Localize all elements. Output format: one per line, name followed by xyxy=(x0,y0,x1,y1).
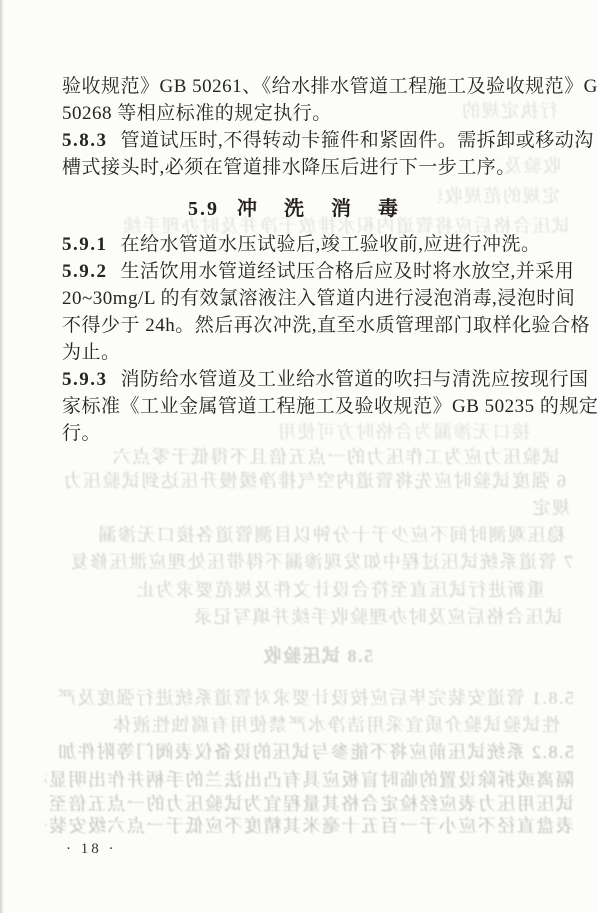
ghost-text-line: 试验压力应为工作压力的一点五倍且不得低于零点六 xyxy=(112,446,560,468)
body-text-line: 家标准《工业金属管道工程施工及验收规范》GB 50235 的规定执 xyxy=(62,395,576,419)
clause-591-line: 5.9.1在给水管道水压试验后,竣工验收前,应进行冲洗。 xyxy=(62,233,576,257)
body-text-line: 行。 xyxy=(62,422,576,446)
clause-number: 5.9.1 xyxy=(62,234,108,255)
clause-text: 消防给水管道及工业给水管道的吹扫与清洗应按现行国 xyxy=(121,369,589,390)
scan-edge-artifact xyxy=(0,0,4,913)
scanned-document-page: 行执定规的 收验及工施 定规的范规收验 试压合格后应将管道内积水排放干净并及时办… xyxy=(0,0,597,913)
ghost-text-line: 规定 xyxy=(524,497,570,519)
clause-number: 5.8.3 xyxy=(62,130,108,151)
clause-text: 管道试压时,不得转动卡箍件和紧固件。需拆卸或移动沟 xyxy=(121,130,594,151)
body-text-line: 为止。 xyxy=(62,341,576,365)
body-text-line: 槽式接头时,必须在管道排水降压后进行下一步工序。 xyxy=(62,156,576,180)
ghost-text-line: 性试验试验介质宜采用洁净水严禁使用有腐蚀性液体 xyxy=(93,714,560,736)
clause-number: 5.9.2 xyxy=(62,261,108,282)
section-title: 冲 洗 消 毒 xyxy=(237,198,409,220)
clause-592-line: 5.9.2生活饮用水管道经试压合格后应及时将水放空,并采用 xyxy=(62,260,576,284)
clause-text: 生活饮用水管道经试压合格后应及时将水放空,并采用 xyxy=(121,261,575,282)
ghost-text-line: 重新进行试压直至符合设计文件及规范要求为止 xyxy=(58,579,545,601)
body-text-line: 不得少于 24h。然后再次冲洗,直至水质管理部门取样化验合格 xyxy=(62,314,576,338)
ghost-text-line: 6 强度试验时应先将管道内空气排净缓慢升压达到试验压力 xyxy=(58,470,566,492)
page-number: · 18 · xyxy=(66,841,117,858)
ghost-section-heading: 5.8 试压验收 xyxy=(238,645,373,667)
clause-593-line: 5.9.3消防给水管道及工业给水管道的吹扫与清洗应按现行国 xyxy=(62,368,576,392)
clause-text: 在给水管道水压试验后,竣工验收前,应进行冲洗。 xyxy=(121,234,541,255)
ghost-text-line: 稳压观测时间不应少于十分钟以目测管道各接口无渗漏 xyxy=(95,524,565,546)
body-text-line: 50268 等相应标准的规定执行。 xyxy=(62,102,576,126)
ghost-text-line: 5.8.1 管道安装完毕后应按设计要求对管道系统进行强度及严 xyxy=(58,687,574,709)
ghost-text-line: 7 管道系统试压过程中如发现渗漏不得带压处理应泄压修复 xyxy=(58,551,573,573)
section-number: 5.9 xyxy=(188,198,219,220)
ghost-text-line: 试压用压力表应经检定合格其量程宜为试验压力的一点五倍至二 xyxy=(48,793,574,815)
section-heading-5-9: 5.9冲 洗 消 毒 xyxy=(0,192,597,221)
ghost-text-line: 隔离或拆除设置的临时盲板应具有凸出法兰的手柄并作出明显标 xyxy=(45,769,574,791)
body-text-line: 验收规范》GB 50261、《给水排水管道工程施工及验收规范》GB xyxy=(62,75,576,99)
body-text-line: 20~30mg/L 的有效氯溶液注入管道内进行浸泡消毒,浸泡时间 xyxy=(62,287,576,311)
clause-583-line: 5.8.3管道试压时,不得转动卡箍件和紧固件。需拆卸或移动沟 xyxy=(62,129,576,153)
ghost-text-line: 表盘直径不应小于一百五十毫米其精度不应低于一点六级安装位 xyxy=(45,815,574,837)
ghost-text-line: 试压合格后应及时办理验收手续并填写记录, xyxy=(195,606,563,628)
clause-number: 5.9.3 xyxy=(62,369,108,390)
ghost-text-line: 5.8.2 系统试压前应将不能参与试压的设备仪表阀门等附件加 xyxy=(58,741,574,763)
